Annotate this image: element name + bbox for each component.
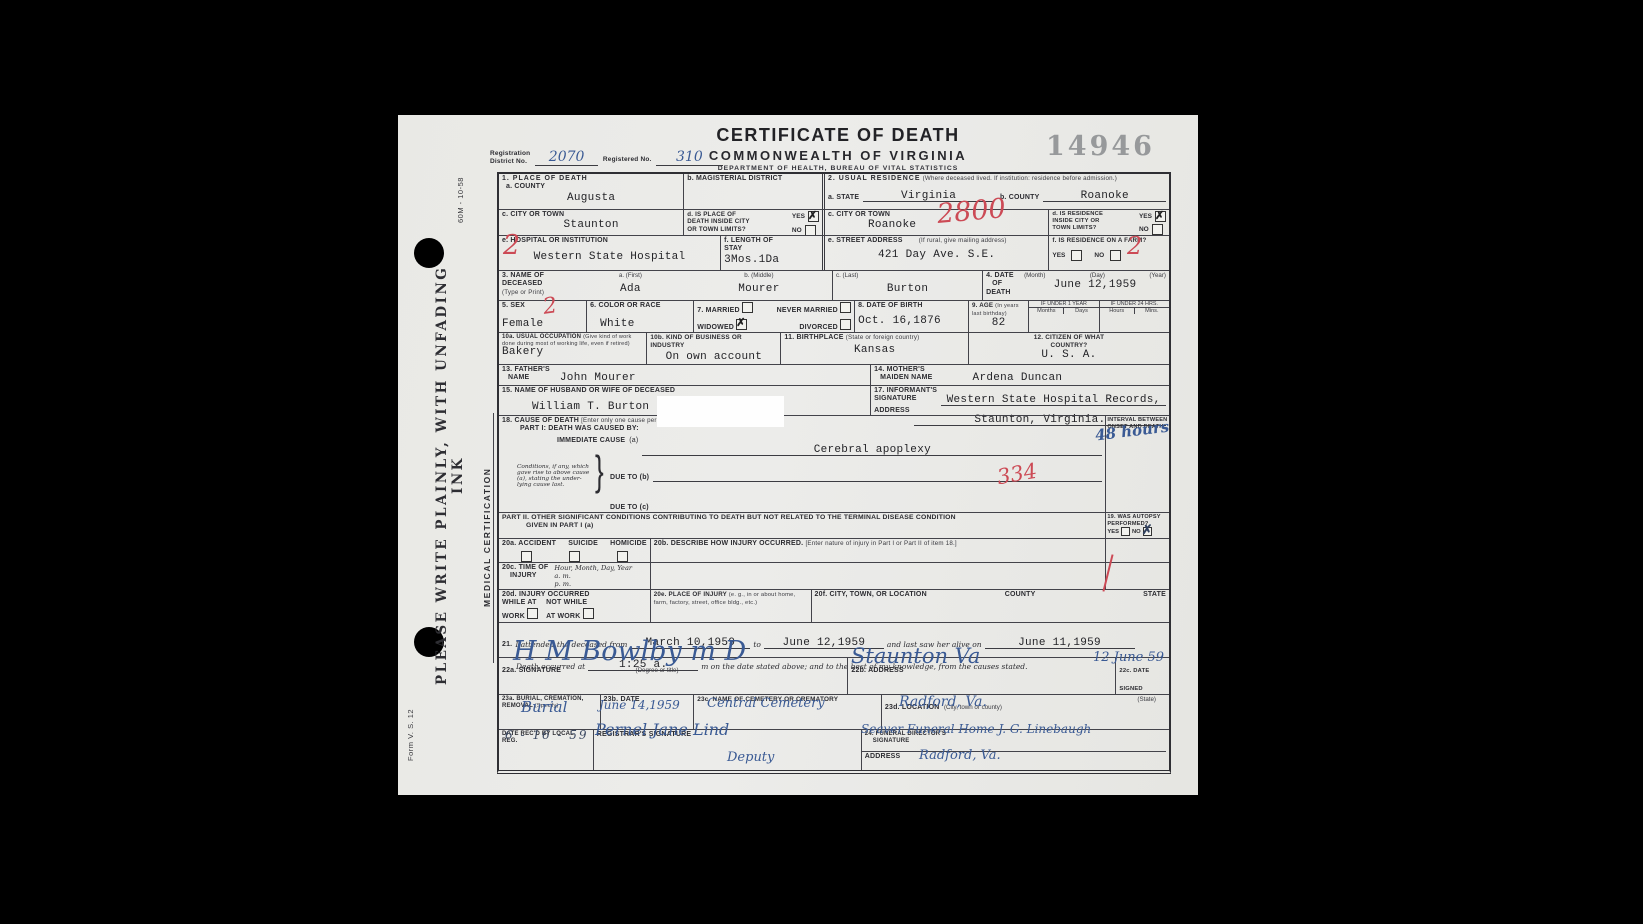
middle-name-value: Mourer bbox=[689, 283, 829, 295]
autopsy-no-handwritten-x: ✗ bbox=[1142, 523, 1153, 538]
handwritten-funeral-home: Seaver Funeral Home J. G. Linebaugh bbox=[861, 722, 1091, 736]
mother-maiden-name-value: Ardena Duncan bbox=[973, 372, 1063, 384]
conditions-note: Conditions, if any, which gave rise to a… bbox=[517, 464, 595, 488]
widowed-checkbox bbox=[736, 319, 747, 330]
field-injury-location: 20f. CITY, TOWN, OR LOCATION COUNTY STAT… bbox=[811, 590, 1169, 622]
field-magisterial-district: b. MAGISTERIAL DISTRICT bbox=[683, 174, 822, 209]
print-run-code: 60M - 10-58 bbox=[456, 145, 465, 255]
handwritten-burial: Burial bbox=[521, 698, 567, 716]
residence-inside-limits-no-checkbox bbox=[1152, 224, 1163, 235]
father-name-value: John Mourer bbox=[560, 372, 636, 384]
street-address-value: 421 Day Ave. S.E. bbox=[828, 249, 1045, 261]
citizen-value: U. S. A. bbox=[972, 349, 1166, 361]
red-mark-city-code: 2800 bbox=[936, 193, 1007, 230]
usual-residence-note: (Where deceased lived. If institution: r… bbox=[923, 175, 1117, 182]
registered-no-label: Registered No. bbox=[603, 156, 652, 163]
registration-label-line2: District No. bbox=[490, 158, 527, 165]
field-length-of-stay: f. LENGTH OFSTAY 3Mos.1Da bbox=[720, 236, 822, 270]
field-mother-maiden-name: 14. MOTHER'S MAIDEN NAME Ardena Duncan bbox=[870, 365, 1169, 385]
field-time-of-injury-blank bbox=[650, 563, 1106, 589]
side-band-rule bbox=[493, 413, 494, 663]
while-at-work-checkbox bbox=[527, 608, 538, 619]
form-number: Form V. S. 12 bbox=[406, 690, 415, 780]
registration-district-value: 2070 bbox=[535, 149, 599, 166]
industry-value: On own account bbox=[650, 351, 777, 363]
not-while-at-work-checkbox bbox=[583, 608, 594, 619]
informant-signature-value: Western State Hospital Records, bbox=[947, 394, 1161, 406]
age-value: 82 bbox=[972, 317, 1025, 329]
field-age: 9. AGE (In years last birthday) 82 bbox=[968, 301, 1028, 332]
field-injury-while-at-work: 20d. INJURY OCCURRED WHILE AT WORK NOT W… bbox=[499, 590, 650, 622]
field-marital-status: 7. MARRIED NEVER MARRIED WIDOWED DIVORCE… bbox=[693, 301, 854, 332]
field-autopsy: 19. WAS AUTOPSY PERFORMED? YES NO✗ bbox=[1105, 513, 1169, 538]
field-birthplace: 11. BIRTHPLACE (State or foreign country… bbox=[780, 333, 968, 364]
autopsy-yes-checkbox bbox=[1121, 527, 1130, 536]
field-date-of-death: 4. DATE OF DEATH (Month) (Day) (Year) Ju… bbox=[982, 271, 1169, 300]
medical-certification-side-label: MEDICAL CERTIFICATION bbox=[482, 415, 492, 660]
homicide-checkbox bbox=[617, 551, 628, 562]
handwritten-date-received: 6 - 16 - 59 bbox=[505, 728, 589, 742]
red-mark-farm: 2 bbox=[1127, 232, 1142, 260]
certificate-title: CERTIFICATE OF DEATH bbox=[638, 125, 1038, 146]
field-if-under-24-hrs: IF UNDER 24 HRS. Hours Mins. bbox=[1099, 301, 1169, 332]
field-funeral-director: 24. FUNERAL DIRECTOR'S SIGNATURE ADDRESS bbox=[861, 730, 1169, 770]
immediate-cause-value: Cerebral apoplexy bbox=[814, 444, 931, 456]
sex-value: Female bbox=[502, 318, 583, 330]
brace-glyph: } bbox=[595, 447, 604, 497]
field-hospital: e. HOSPITAL OR INSTITUTION Western State… bbox=[499, 236, 720, 270]
death-inside-limits-yes-checkbox bbox=[808, 211, 819, 222]
field-residence-inside-limits: d. IS RESIDENCE INSIDE CITY OR TOWN LIMI… bbox=[1048, 210, 1169, 235]
registration-block: Registration District No. 2070 Registere… bbox=[490, 148, 723, 166]
field-date-of-birth: 8. DATE OF BIRTH Oct. 16,1876 bbox=[854, 301, 968, 332]
field-citizen-of: 12. CITIZEN OF WHAT COUNTRY? U. S. A. bbox=[968, 333, 1169, 364]
field-death-inside-limits: d. IS PLACE OF DEATH INSIDE CITY OR TOWN… bbox=[683, 210, 822, 235]
field-part-ii: PART II. OTHER SIGNIFICANT CONDITIONS CO… bbox=[499, 513, 1105, 538]
last-seen-alive-value: June 11,1959 bbox=[1018, 637, 1101, 649]
residence-inside-limits-yes-checkbox bbox=[1155, 211, 1166, 222]
field-place-of-injury: 20e. PLACE OF INJURY (e. g., in or about… bbox=[650, 590, 811, 622]
handwritten-registrar-signature: Pernel Jane Lind bbox=[595, 720, 729, 739]
birthplace-value: Kansas bbox=[784, 344, 965, 356]
residence-county-value: Roanoke bbox=[1081, 190, 1129, 202]
married-checkbox bbox=[742, 302, 753, 313]
county-of-death-value: Augusta bbox=[502, 192, 680, 204]
field-street-address: e. STREET ADDRESS (If rural, give mailin… bbox=[822, 236, 1048, 270]
field-residence-city: c. CITY OR TOWN Roanoke bbox=[822, 210, 1048, 235]
length-of-stay-value: 3Mos.1Da bbox=[724, 254, 819, 266]
field-city-of-death: c. CITY OR TOWN Staunton bbox=[499, 210, 683, 235]
handwritten-date-signed: 12 June 59 bbox=[1093, 650, 1164, 665]
redaction-box bbox=[657, 396, 784, 427]
accident-checkbox bbox=[521, 551, 532, 562]
suicide-checkbox bbox=[569, 551, 580, 562]
handwritten-physician-address: Staunton Va bbox=[851, 644, 980, 668]
date-of-death-value: June 12,1959 bbox=[1024, 279, 1166, 291]
field-residence-on-farm: f. IS RESIDENCE ON A FARM? YES NO bbox=[1048, 236, 1169, 270]
red-mark-hospital: 2 bbox=[503, 230, 520, 261]
first-name-value: Ada bbox=[572, 283, 689, 295]
handwritten-cemetery-location: Radford, Va. bbox=[899, 694, 987, 710]
handwritten-physician-signature: H M Bowlby m D bbox=[513, 636, 746, 667]
field-place-of-death-county: 1. PLACE OF DEATH a. COUNTY Augusta bbox=[499, 174, 683, 209]
race-value: White bbox=[600, 318, 690, 330]
field-informant: 17. INFORMANT'S SIGNATURE Western State … bbox=[870, 386, 1169, 415]
never-married-checkbox bbox=[840, 302, 851, 313]
field-father-name: 13. FATHER'S NAME John Mourer bbox=[499, 365, 870, 385]
hospital-value: Western State Hospital bbox=[502, 251, 717, 263]
field-injury-right-col bbox=[1105, 539, 1169, 562]
registered-no-value: 310 bbox=[656, 149, 723, 166]
certificate-paper: 60M - 10-58 PLEASE WRITE PLAINLY, WITH U… bbox=[398, 115, 1198, 795]
farm-yes-checkbox bbox=[1071, 250, 1082, 261]
field-describe-injury: 20b. DESCRIBE HOW INJURY OCCURRED. [Ente… bbox=[650, 539, 1106, 562]
date-of-birth-value: Oct. 16,1876 bbox=[858, 315, 965, 327]
last-name-value: Burton bbox=[836, 283, 979, 295]
serial-number-stamp: 14946 bbox=[1046, 131, 1155, 162]
margin-instruction: PLEASE WRITE PLAINLY, WITH UNFADING INK bbox=[434, 255, 466, 695]
farm-no-checkbox bbox=[1110, 250, 1121, 261]
handwritten-funeral-address: Radford, Va. bbox=[919, 748, 1001, 763]
registration-label-line1: Registration bbox=[490, 150, 530, 157]
handwritten-deputy: Deputy bbox=[727, 750, 774, 765]
field-business-industry: 10b. KIND OF BUSINESS OR INDUSTRY On own… bbox=[646, 333, 780, 364]
handwritten-burial-date: June 14,1959 bbox=[599, 698, 680, 712]
city-of-death-value: Staunton bbox=[502, 219, 680, 231]
handwritten-cemetery: Central Cemetery bbox=[707, 696, 825, 711]
certificate-form: 1. PLACE OF DEATH a. COUNTY Augusta b. M… bbox=[497, 172, 1171, 774]
divorced-checkbox bbox=[840, 319, 851, 330]
field-accident-suicide-homicide: 20a. ACCIDENT SUICIDE HOMICIDE bbox=[499, 539, 650, 562]
field-usual-occupation: 10a. USUAL OCCUPATION (Give kind of work… bbox=[499, 333, 646, 364]
field-last-name: c. (Last) Burton bbox=[832, 271, 982, 300]
field-if-under-1-year: IF UNDER 1 YEAR Months Days bbox=[1028, 301, 1098, 332]
autopsy-no-checkbox: ✗ bbox=[1143, 527, 1152, 536]
field-time-of-injury: 20c. TIME OF INJURY Hour, Month, Day, Ye… bbox=[499, 563, 650, 589]
field-color-or-race: 6. COLOR OR RACE White bbox=[586, 301, 693, 332]
field-time-right-col bbox=[1105, 563, 1169, 589]
department-line: DEPARTMENT OF HEALTH, BUREAU OF VITAL ST… bbox=[638, 165, 1038, 172]
